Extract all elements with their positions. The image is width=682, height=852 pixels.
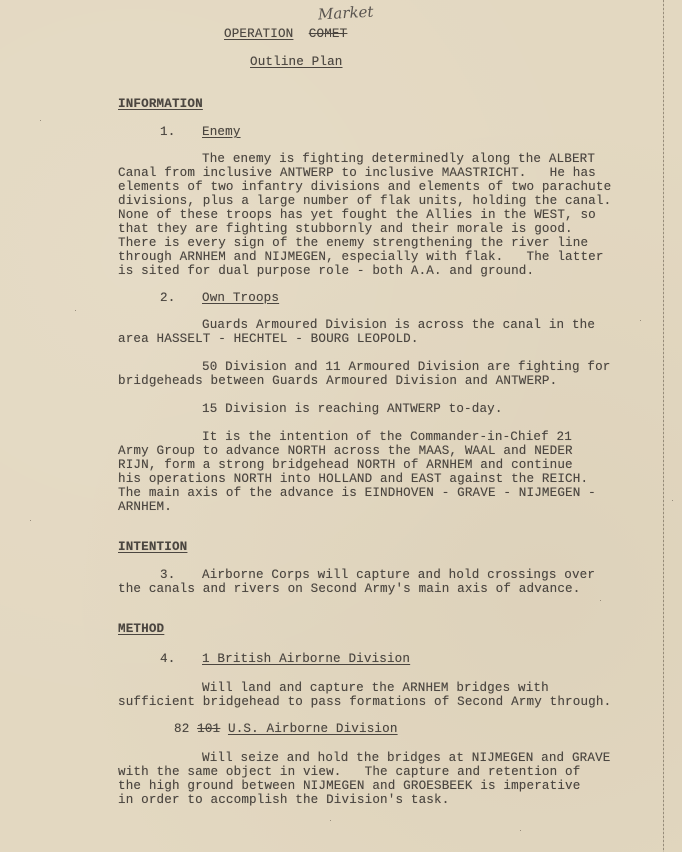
us-line-3: the high ground between NIJMEGEN and GRO… [118,779,580,793]
enemy-line-1: The enemy is fighting determinedly along… [202,152,595,166]
subheading-british-airborne: 1 British Airborne Division [202,652,410,666]
us-line-4: in order to accomplish the Division's ta… [118,793,449,807]
section-heading-intention: INTENTION [118,540,187,554]
paper-speck [30,520,31,521]
subheading-enemy: Enemy [202,125,241,139]
british-line-2: sufficient bridgehead to pass formations… [118,695,611,709]
paper-speck [640,320,641,321]
enemy-line-7: There is every sign of the enemy strengt… [118,236,588,250]
enemy-line-3: elements of two infantry divisions and e… [118,180,611,194]
item-number-1: 1. [160,125,175,139]
own-troops-p4-line-3: RIJN, form a strong bridgehead NORTH of … [118,458,573,472]
page-edge-line [663,0,664,852]
own-troops-p4-line-5: The main axis of the advance is EINDHOVE… [118,486,596,500]
us-line-1: Will seize and hold the bridges at NIJME… [202,751,611,765]
paper-speck [600,600,601,601]
paper-speck [330,820,331,821]
own-troops-p4-line-2: Army Group to advance NORTH across the M… [118,444,573,458]
title-prefix: OPERATION [224,27,293,41]
own-troops-p3-line-1: 15 Division is reaching ANTWERP to-day. [202,402,503,416]
document-title: OPERATION COMET [224,27,347,41]
section-heading-method: METHOD [118,622,164,636]
enemy-line-6: that they are fighting stubbornly and th… [118,222,573,236]
enemy-line-9: is sited for dual purpose role - both A.… [118,264,534,278]
paper-speck [672,500,673,501]
own-troops-p4-line-1: It is the intention of the Commander-in-… [202,430,572,444]
subheading-own-troops: Own Troops [202,291,279,305]
section-heading-information: INFORMATION [118,97,203,111]
own-troops-p1-line-1: Guards Armoured Division is across the c… [202,318,595,332]
document-page: Market OPERATION COMET Outline Plan INFO… [0,0,682,852]
us-line-2: with the same object in view. The captur… [118,765,580,779]
own-troops-p4-line-4: his operations NORTH into HOLLAND and EA… [118,472,588,486]
own-troops-p4-line-6: ARNHEM. [118,500,172,514]
enemy-line-5: None of these troops has yet fought the … [118,208,596,222]
handwritten-operation-name: Market [318,3,374,24]
paper-speck [40,120,41,121]
struck-division-number: 101 [197,722,220,736]
british-line-1: Will land and capture the ARNHEM bridges… [202,681,549,695]
own-troops-p2-line-1: 50 Division and 11 Armoured Division are… [202,360,611,374]
handwritten-division-number: 82 [174,722,189,736]
enemy-line-4: divisions, plus a large number of flak u… [118,194,611,208]
item-number-3: 3. [160,568,175,582]
own-troops-p1-line-2: area HASSELT - HECHTEL - BOURG LEOPOLD. [118,332,419,346]
paper-speck [75,310,76,311]
document-subtitle: Outline Plan [250,55,343,69]
subheading-us-airborne: 82 101 U.S. Airborne Division [174,722,398,736]
item-number-4: 4. [160,652,175,666]
intention-line-1: Airborne Corps will capture and hold cro… [202,568,595,582]
us-division-name: U.S. Airborne Division [228,722,398,736]
own-troops-p2-line-2: bridgeheads between Guards Armoured Divi… [118,374,557,388]
enemy-line-8: through ARNHEM and NIJMEGEN, especially … [118,250,604,264]
title-struck-name: COMET [309,27,348,41]
intention-line-2: the canals and rivers on Second Army's m… [118,582,580,596]
item-number-2: 2. [160,291,175,305]
paper-speck [520,830,521,831]
enemy-line-2: Canal from inclusive ANTWERP to inclusiv… [118,166,596,180]
